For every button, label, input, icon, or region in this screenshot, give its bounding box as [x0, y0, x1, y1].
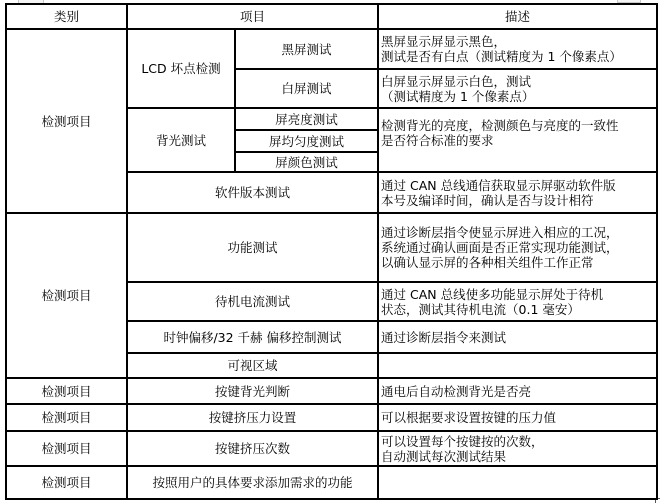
- item-brightness: 屏亮度测试: [235, 108, 378, 130]
- item-visible-area: 可视区域: [127, 353, 378, 378]
- header-description: 描述: [378, 4, 657, 29]
- item-lcd-dead-pixel: LCD 坏点检测: [127, 29, 235, 108]
- description-cell: 可以设置每个按键按的次数， 自动测试每次测试结果: [378, 431, 657, 466]
- category-cell: 检测项目: [6, 404, 127, 431]
- category-cell: 检测项目: [6, 466, 127, 499]
- description-cell: 通过 CAN 总线使多功能显示屏处于待机 状态，测试其待机电流（0.1 毫安）: [378, 282, 657, 321]
- item-white-screen: 白屏测试: [235, 69, 378, 108]
- item-black-screen: 黑屏测试: [235, 29, 378, 69]
- description-cell: 通过诊断层指令来测试: [378, 321, 657, 353]
- description-cell: [378, 353, 657, 378]
- description-cell: [378, 466, 657, 499]
- item-standby-current: 待机电流测试: [127, 282, 378, 321]
- table-row: 检测项目 按键挤压力设置 可以根据要求设置按键的压力值: [6, 404, 657, 431]
- table-row: 检测项目 按键背光判断 通电后自动检测背光是否亮: [6, 378, 657, 404]
- category-cell: 检测项目: [6, 378, 127, 404]
- description-cell: 通电后自动检测背光是否亮: [378, 378, 657, 404]
- test-items-table: 类别 项目 描述 检测项目 LCD 坏点检测 黑屏测试 黑屏显示屏显示黑色， 测…: [5, 3, 658, 500]
- header-item: 项目: [127, 4, 378, 29]
- table-row: 检测项目 按键挤压次数 可以设置每个按键按的次数， 自动测试每次测试结果: [6, 431, 657, 466]
- item-key-pressure: 按键挤压力设置: [127, 404, 378, 431]
- item-backlight: 背光测试: [127, 108, 235, 172]
- description-cell: 通过 CAN 总线通信获取显示屏驱动软件版 本号及编译时间，确认是否与设计相符: [378, 172, 657, 213]
- description-cell: 可以根据要求设置按键的压力值: [378, 404, 657, 431]
- item-function-test: 功能测试: [127, 213, 378, 282]
- item-color: 屏颜色测试: [235, 152, 378, 172]
- header-row: 类别 项目 描述: [6, 4, 657, 29]
- description-cell: 黑屏显示屏显示黑色， 测试是否有白点（测试精度为 1 个像素点）: [378, 29, 657, 69]
- item-software-version: 软件版本测试: [127, 172, 378, 213]
- category-cell: 检测项目: [6, 29, 127, 213]
- category-cell: 检测项目: [6, 213, 127, 378]
- description-cell: 通过诊断层指令使显示屏进入相应的工况， 系统通过确认画面是否正常实现功能测试， …: [378, 213, 657, 282]
- description-cell: 白屏显示屏显示白色，测试 （测试精度为 1 个像素点）: [378, 69, 657, 108]
- description-cell: 检测背光的亮度，检测颜色与亮度的一致性 是否符合标准的要求: [378, 108, 657, 172]
- item-custom-function: 按照用户的具体要求添加需求的功能: [127, 466, 378, 499]
- item-clock-offset: 时钟偏移/32 千赫 偏移控制测试: [127, 321, 378, 353]
- header-category: 类别: [6, 4, 127, 29]
- item-key-press-count: 按键挤压次数: [127, 431, 378, 466]
- table-row: 检测项目 功能测试 通过诊断层指令使显示屏进入相应的工况， 系统通过确认画面是否…: [6, 213, 657, 282]
- category-cell: 检测项目: [6, 431, 127, 466]
- item-uniformity: 屏均匀度测试: [235, 130, 378, 152]
- table-row: 检测项目 按照用户的具体要求添加需求的功能: [6, 466, 657, 499]
- item-key-backlight: 按键背光判断: [127, 378, 378, 404]
- table-row: 检测项目 LCD 坏点检测 黑屏测试 黑屏显示屏显示黑色， 测试是否有白点（测试…: [6, 29, 657, 69]
